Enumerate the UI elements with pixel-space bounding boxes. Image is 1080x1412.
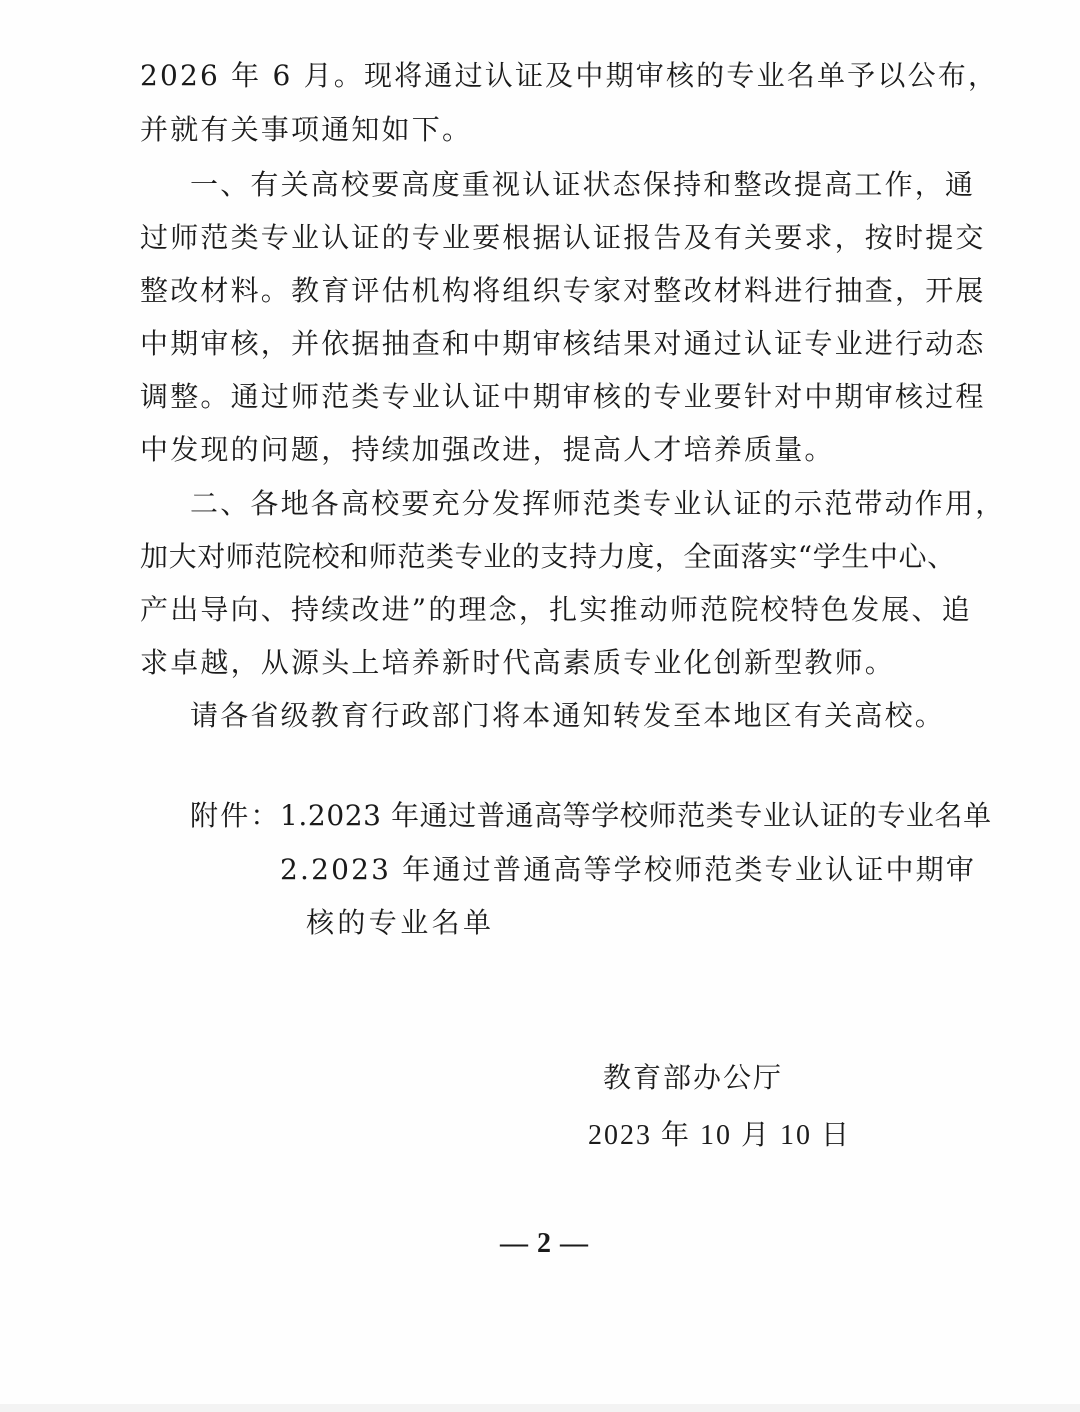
forward-notice: 请各省级教育行政部门将本通知转发至本地区有关高校。: [190, 696, 945, 736]
section-two-line-1: 二、各地各高校要充分发挥师范类专业认证的示范带动作用，: [190, 484, 1005, 524]
issuer-name: 教育部办公厅: [603, 1058, 783, 1098]
section-two-line-3: 产出导向、持续改进”的理念，扎实推动师范院校特色发展、追: [140, 590, 972, 630]
attachment-item-1: 1.2023 年通过普通高等学校师范类专业认证的专业名单: [280, 796, 992, 836]
section-one-line-4: 中期审核，并依据抽查和中期审核结果对通过认证专业进行动态: [140, 324, 986, 364]
section-two-line-2: 加大对师范院校和师范类专业的支持力度，全面落实“学生中心、: [140, 537, 956, 577]
section-one-line-2: 过师范类专业认证的专业要根据认证报告及有关要求，按时提交: [140, 218, 986, 258]
document-page: 2026 年 6 月。现将通过认证及中期审核的专业名单予以公布， 并就有关事项通…: [0, 0, 1080, 1404]
page-bottom-edge: [0, 1404, 1080, 1412]
page-number: — 2 —: [500, 1224, 589, 1264]
intro-line-2: 并就有关事项通知如下。: [140, 110, 472, 150]
section-one-line-3: 整改材料。教育评估机构将组织专家对整改材料进行抽查，开展: [140, 271, 986, 311]
section-two-line-4: 求卓越，从源头上培养新时代高素质专业化创新型教师。: [140, 643, 895, 683]
attachment-item-2-continued: 核的专业名单: [306, 903, 494, 943]
section-one-line-5: 调整。通过师范类专业认证中期审核的专业要针对中期审核过程: [140, 377, 986, 417]
attachments-label: 附件：: [190, 796, 281, 836]
intro-line-1: 2026 年 6 月。现将通过认证及中期审核的专业名单予以公布，: [140, 56, 998, 96]
section-one-line-1: 一、有关高校要高度重视认证状态保持和整改提高工作，通: [190, 165, 975, 205]
issue-date: 2023 年 10 月 10 日: [588, 1116, 851, 1156]
section-one-line-6: 中发现的问题，持续加强改进，提高人才培养质量。: [140, 430, 835, 470]
attachment-item-2: 2.2023 年通过普通高等学校师范类专业认证中期审: [280, 850, 976, 890]
